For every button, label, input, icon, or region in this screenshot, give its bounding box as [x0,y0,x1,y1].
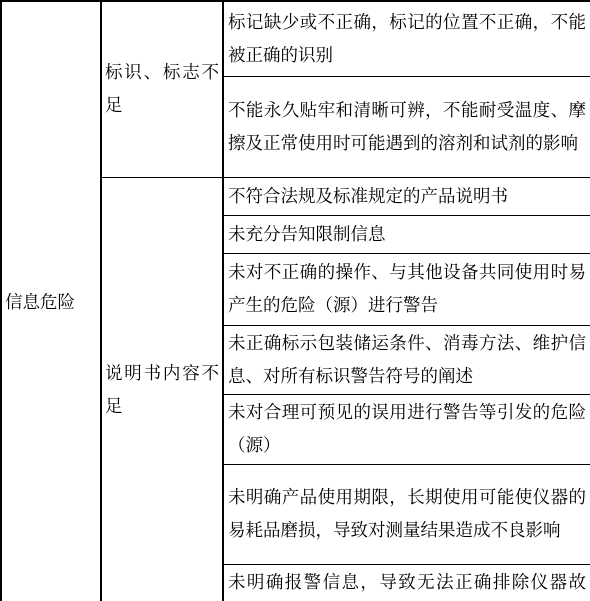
hazard-detail-cell: 未正确标示包装储运条件、消毒方法、维护信息、对所有标识警告符号的阐述 [223,325,590,394]
hazard-detail-cell: 不能永久贴牢和清晰可辨，不能耐受温度、摩擦及正常使用时可能遇到的溶剂和试剂的影响 [223,76,590,177]
table-row: 信息危险 标识、标志不足 标记缺少或不正确，标记的位置不正确，不能被正确的识别 [1,1,590,76]
subcategory-cell-manual: 说明书内容不足 [101,177,223,601]
hazard-detail-cell: 未充分告知限制信息 [223,215,590,253]
hazard-detail-cell: 未明确产品使用期限，长期使用可能使仪器的易耗品磨损，导致对测量结果造成不良影响 [223,464,590,564]
hazard-detail-cell: 不符合法规及标准规定的产品说明书 [223,177,590,215]
hazard-detail-cell: 未对不正确的操作、与其他设备共同使用时易产生的危险（源）进行警告 [223,253,590,325]
hazard-detail-cell: 标记缺少或不正确，标记的位置不正确，不能被正确的识别 [223,1,590,76]
hazard-detail-cell-truncated: 未明确报警信息，导致无法正确排除仪器故 [223,564,590,601]
hazard-category-cell: 信息危险 [1,1,101,601]
subcategory-cell-labeling: 标识、标志不足 [101,1,223,177]
hazard-analysis-table: 信息危险 标识、标志不足 标记缺少或不正确，标记的位置不正确，不能被正确的识别 … [0,0,590,601]
hazard-detail-cell: 未对合理可预见的误用进行警告等引发的危险（源） [223,394,590,464]
